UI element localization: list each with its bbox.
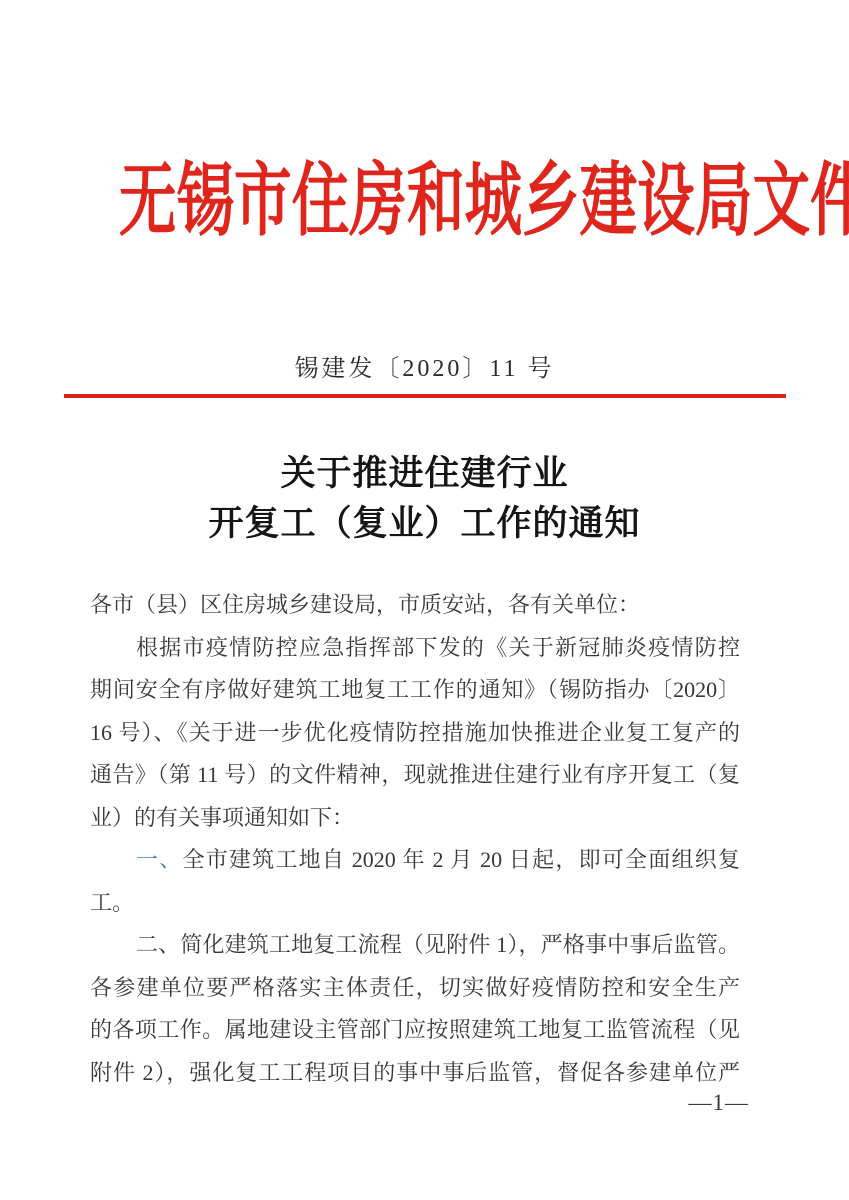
body-line: 二、简化建筑工地复工流程（见附件 1），严格事中事后监管。 xyxy=(90,924,740,967)
document-page: 无锡市住房和城乡建设局文件 锡建发〔2020〕11 号 关于推进住建行业 开复工… xyxy=(0,0,849,1200)
page-number: —1— xyxy=(689,1090,750,1116)
document-number: 锡建发〔2020〕11 号 xyxy=(0,348,849,383)
item-number-highlight: 一、 xyxy=(136,847,182,872)
body-line: 一、全市建筑工地自 2020 年 2 月 20 日起，即可全面组织复 xyxy=(90,839,740,882)
body-line: 根据市疫情防控应急指挥部下发的《关于新冠肺炎疫情防控 xyxy=(90,627,740,670)
agency-header-title: 无锡市住房和城乡建设局文件 xyxy=(119,152,730,252)
body-line: 期间安全有序做好建筑工地复工工作的通知》（锡防指办〔2020〕 xyxy=(90,669,740,712)
body-line: 工。 xyxy=(90,882,740,925)
red-divider-rule xyxy=(64,394,786,398)
body-line: 附件 2），强化复工工程项目的事中事后监管，督促各参建单位严 xyxy=(90,1052,740,1095)
body-line: 各参建单位要严格落实主体责任，切实做好疫情防控和安全生产 xyxy=(90,967,740,1010)
document-title-line2: 开复工（复业）工作的通知 xyxy=(0,499,849,549)
body-line: 业）的有关事项通知如下： xyxy=(90,797,740,840)
body-line: 各市（县）区住房城乡建设局，市质安站，各有关单位： xyxy=(90,584,740,627)
body-line: 的各项工作。属地建设主管部门应按照建筑工地复工监管流程（见 xyxy=(90,1009,740,1052)
body-line: 通告》（第 11 号）的文件精神，现就推进住建行业有序开复工（复 xyxy=(90,754,740,797)
document-title-line1: 关于推进住建行业 xyxy=(0,449,849,499)
body-line: 16 号）、《关于进一步优化疫情防控措施加快推进企业复工复产的 xyxy=(90,712,740,755)
document-title: 关于推进住建行业 开复工（复业）工作的通知 xyxy=(0,449,849,549)
body-text: 各市（县）区住房城乡建设局，市质安站，各有关单位：根据市疫情防控应急指挥部下发的… xyxy=(90,584,740,1094)
